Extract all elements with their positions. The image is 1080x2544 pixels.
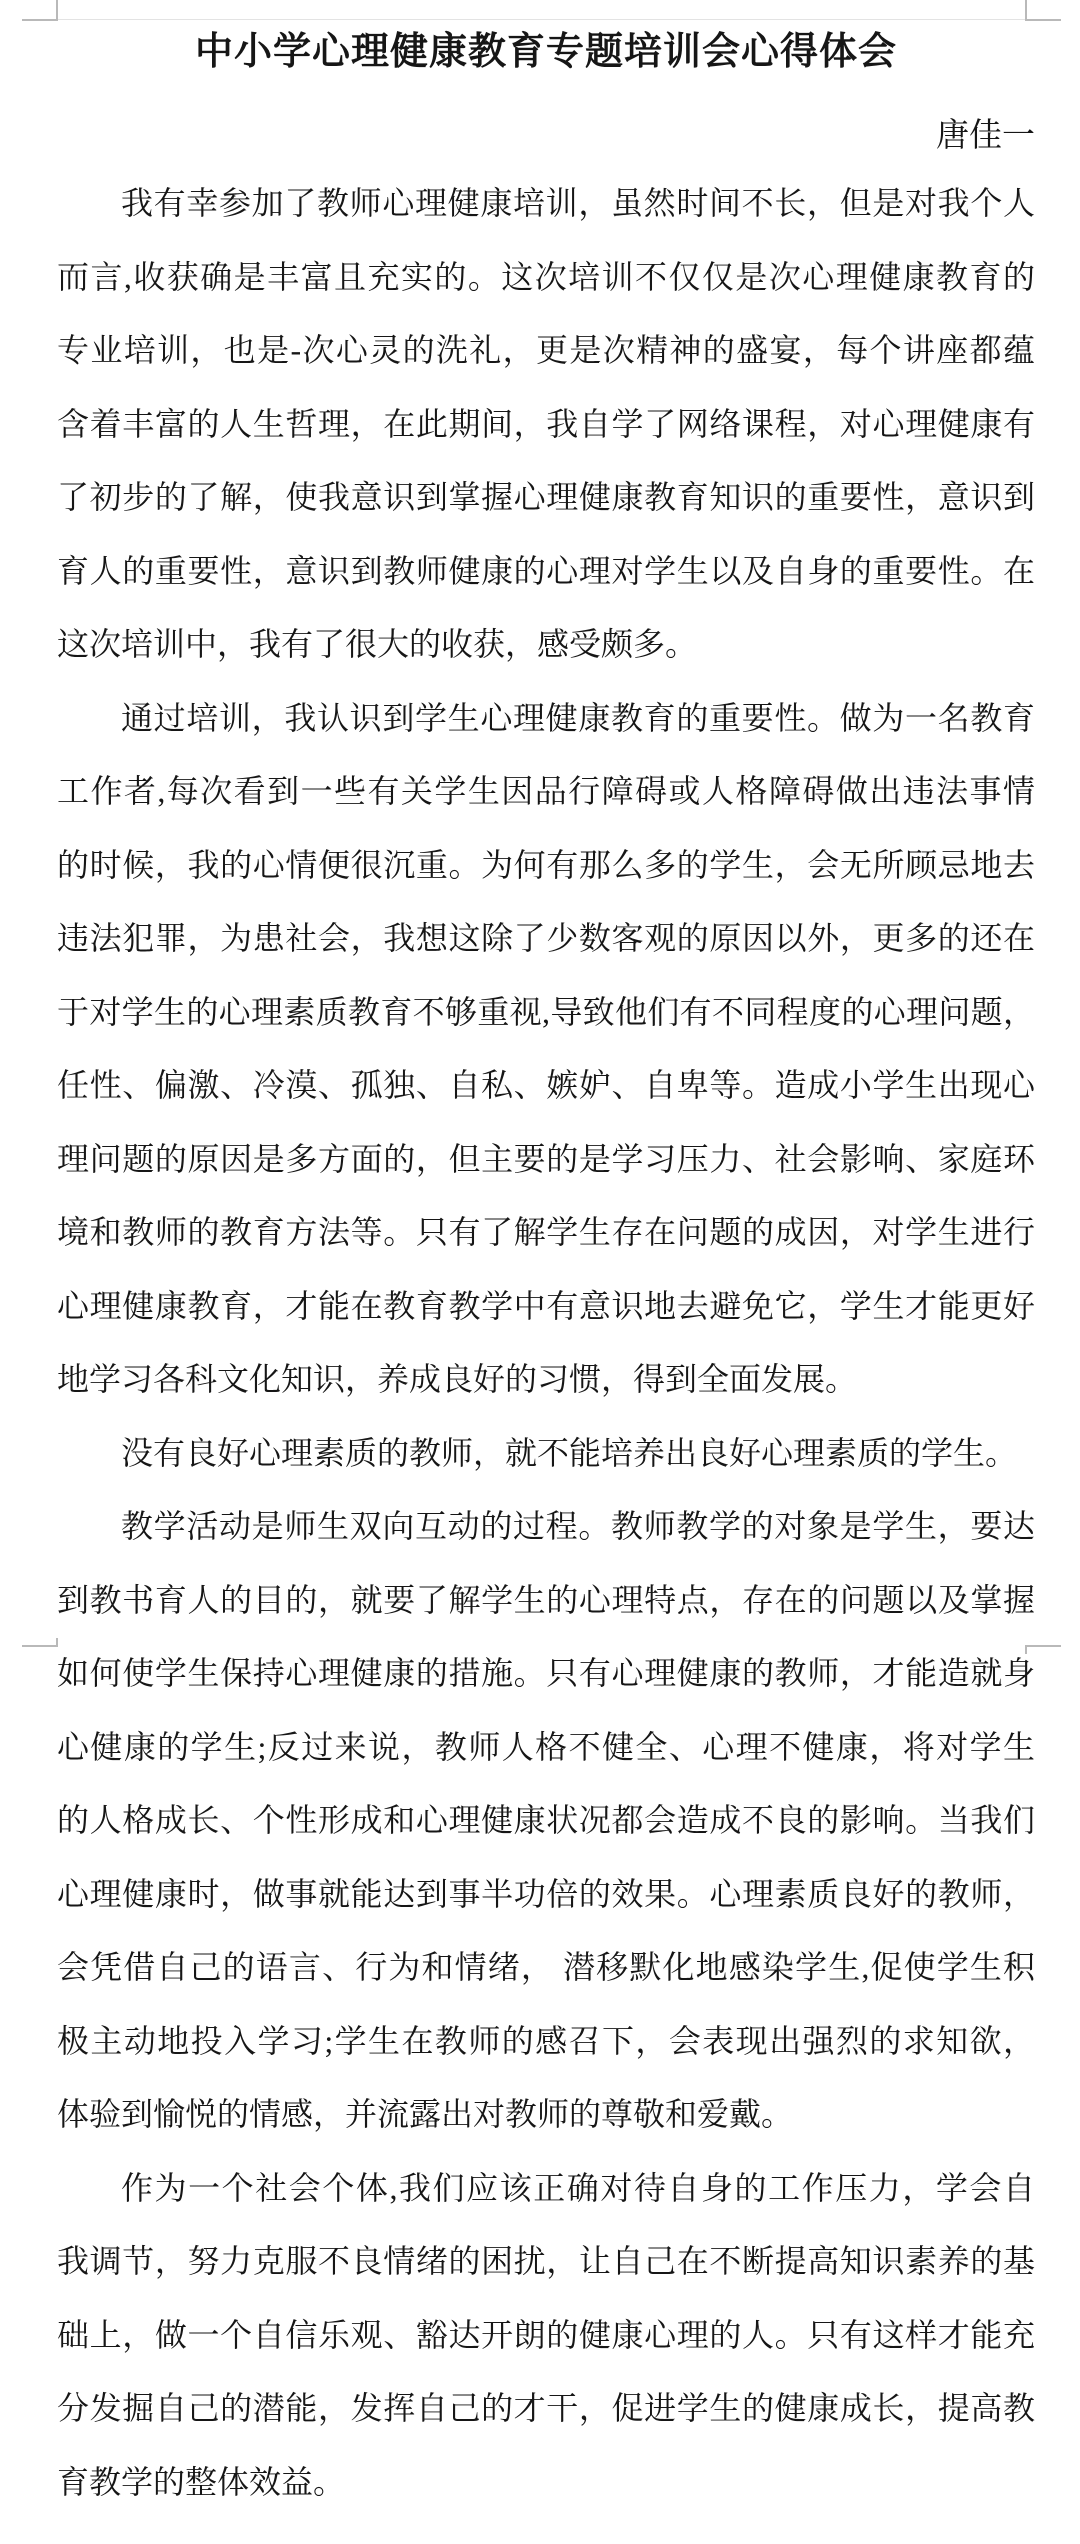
text-line: 含着丰富的人生哲理，在此期间，我自学了网络课程，对心理健康有: [57, 388, 1035, 462]
page-boundary-mark-top-left: [22, 19, 58, 21]
text-line: 体验到愉悦的情感，并流露出对教师的尊敬和爱戴。: [57, 2078, 1035, 2152]
text-line: 境和教师的教育方法等。只有了解学生存在问题的成因，对学生进行: [57, 1196, 1035, 1270]
text-boundary-line: [57, 19, 1025, 20]
text-line: 没有良好心理素质的教师，就不能培养出良好心理素质的学生。: [57, 1417, 1035, 1491]
text-line: 这次培训中，我有了很大的收获，感受颇多。: [57, 608, 1035, 682]
document-body: 我有幸参加了教师心理健康培训，虽然时间不长，但是对我个人而言,收获确是丰富且充实…: [57, 167, 1035, 2519]
text-line: 而言,收获确是丰富且充实的。这次培训不仅仅是次心理健康教育的: [57, 241, 1035, 315]
text-line: 作为一个社会个体,我们应该正确对待自身的工作压力，学会自: [57, 2152, 1035, 2226]
text-line: 我调节，努力克服不良情绪的困扰，让自己在不断提高知识素养的基: [57, 2225, 1035, 2299]
text-line: 心健康的学生;反过来说，教师人格不健全、心理不健康，将对学生: [57, 1711, 1035, 1785]
page-boundary-mark-top-left: [56, 0, 58, 19]
author-name: 唐佳一: [57, 108, 1035, 164]
text-line: 任性、偏激、冷漠、孤独、自私、嫉妒、自卑等。造成小学生出现心: [57, 1049, 1035, 1123]
text-line: 通过培训，我认识到学生心理健康教育的重要性。做为一名教育: [57, 682, 1035, 756]
text-line: 地学习各科文化知识，养成良好的习惯，得到全面发展。: [57, 1343, 1035, 1417]
text-line: 于对学生的心理素质教育不够重视,导致他们有不同程度的心理问题，: [57, 976, 1035, 1050]
text-line: 心理健康教育，才能在教育教学中有意识地去避免它，学生才能更好: [57, 1270, 1035, 1344]
text-line: 育教学的整体效益。: [57, 2446, 1035, 2520]
text-line: 了初步的了解，使我意识到掌握心理健康教育知识的重要性，意识到: [57, 461, 1035, 535]
page-boundary-mark-top-right: [1025, 0, 1027, 19]
text-line: 工作者,每次看到一些有关学生因品行障碍或人格障碍做出违法事情: [57, 755, 1035, 829]
text-line: 育人的重要性，意识到教师健康的心理对学生以及自身的重要性。在: [57, 535, 1035, 609]
document-page: 中小学心理健康教育专题培训会心得体会 唐佳一 我有幸参加了教师心理健康培训，虽然…: [0, 0, 1080, 2544]
text-line: 到教书育人的目的，就要了解学生的心理特点，存在的问题以及掌握: [57, 1564, 1035, 1638]
text-line: 分发掘自己的潜能，发挥自己的才干，促进学生的健康成长，提高教: [57, 2372, 1035, 2446]
text-line: 违法犯罪，为患社会，我想这除了少数客观的原因以外，更多的还在: [57, 902, 1035, 976]
text-line: 理问题的原因是多方面的，但主要的是学习压力、社会影响、家庭环: [57, 1123, 1035, 1197]
text-line: 专业培训，也是-次心灵的洗礼，更是次精神的盛宴，每个讲座都蕴: [57, 314, 1035, 388]
document-title: 中小学心理健康教育专题培训会心得体会: [57, 24, 1035, 80]
text-line: 的人格成长、个性形成和心理健康状况都会造成不良的影响。当我们: [57, 1784, 1035, 1858]
page-boundary-mark-top-right: [1025, 19, 1061, 21]
text-line: 教学活动是师生双向互动的过程。教师教学的对象是学生，要达: [57, 1490, 1035, 1564]
text-line: 我有幸参加了教师心理健康培训，虽然时间不长，但是对我个人: [57, 167, 1035, 241]
text-line: 如何使学生保持心理健康的措施。只有心理健康的教师，才能造就身: [57, 1637, 1035, 1711]
text-line: 础上，做一个自信乐观、豁达开朗的健康心理的人。只有这样才能充: [57, 2299, 1035, 2373]
text-line: 极主动地投入学习;学生在教师的感召下，会表现出强烈的求知欲，: [57, 2005, 1035, 2079]
text-line: 会凭借自己的语言、行为和情绪， 潜移默化地感染学生,促使学生积: [57, 1931, 1035, 2005]
text-line: 心理健康时，做事就能达到事半功倍的效果。心理素质良好的教师，: [57, 1858, 1035, 1932]
text-line: 的时候，我的心情便很沉重。为何有那么多的学生，会无所顾忌地去: [57, 829, 1035, 903]
page-break-mark-left: [22, 1645, 58, 1647]
